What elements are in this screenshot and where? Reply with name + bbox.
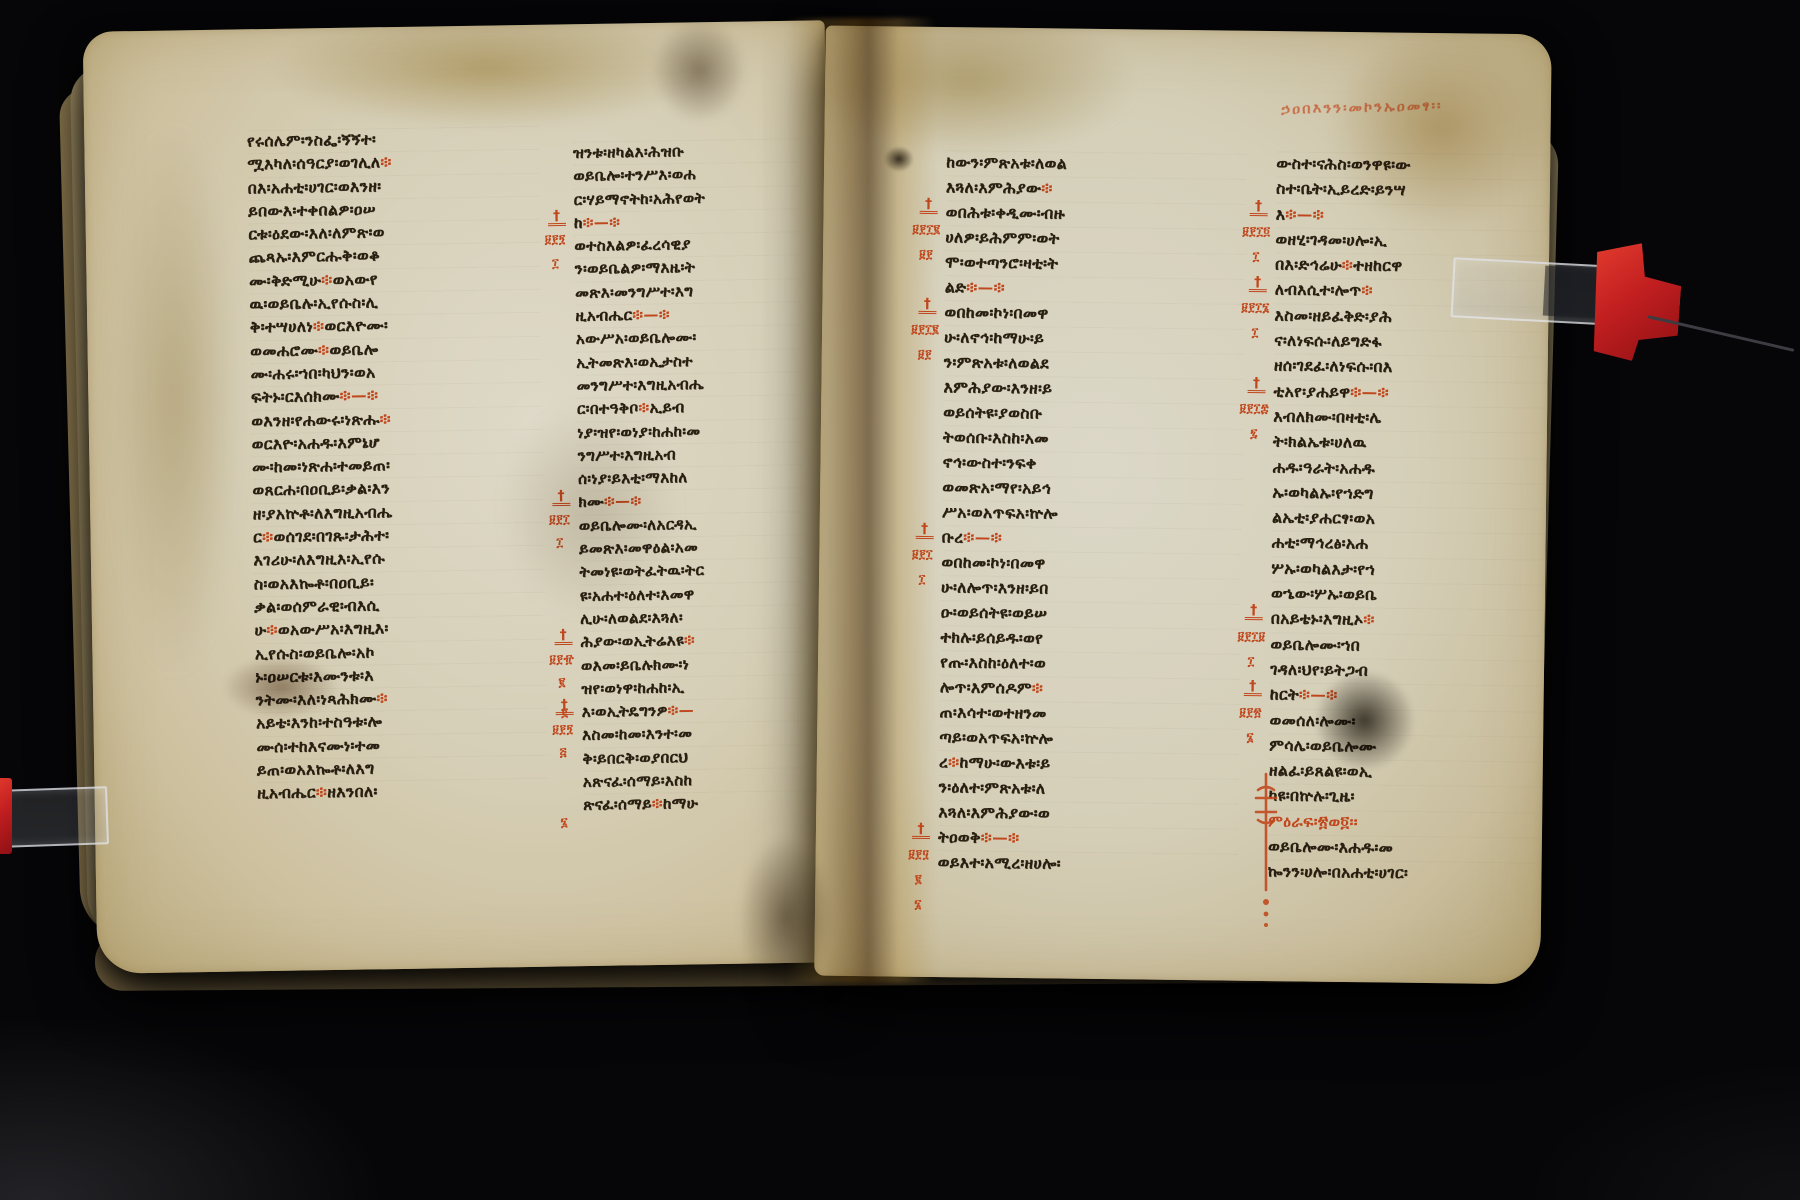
text-line: ዝየ፡ወነዋ፡ከሐከ፡ኢ	[581, 674, 806, 701]
text-line: ጠ፡እሳተ፡ወተዘንመ	[939, 700, 1239, 729]
text-line: አውሥአ፡ወይቤሎሙ፡	[576, 325, 801, 352]
section-number: ፱፻፲	[905, 547, 939, 561]
section-number: ፮	[547, 814, 581, 829]
section-number: ፲	[543, 535, 577, 550]
section-number: ፲	[1239, 249, 1273, 263]
section-number: ፲	[1234, 654, 1268, 668]
section-number: ፱፻፲፰	[1237, 401, 1271, 415]
text-line: ኡ፡ወካልኡ፡የኀድግ	[1272, 480, 1544, 509]
text-line: ሐዱ፡ዓራት፡አሐዱ	[1272, 455, 1544, 484]
text-line: ከውን፡ምጽአቱ፡ለወል	[946, 150, 1246, 179]
text-line: ወተስእልዎ፡ፈረሳዊያ	[574, 231, 799, 258]
text-line: ምሳሌ፡ወይቤሎሙ	[1269, 733, 1541, 762]
text-line: ወይቤሎሙ፡ለአርዳኢ	[579, 511, 804, 538]
text-line: መጽእ፡መንግሥተ፡እግ	[575, 278, 800, 305]
text-line: ን፡ወይቤልዎ፡ማእዜ፡ት	[575, 255, 800, 282]
text-line: ት፡ክልኤቱ፡ሀለዉ	[1273, 430, 1545, 459]
text-line: ኰንን፡ሀሎ፡በአሐቲ፡ሀገር፡	[1268, 860, 1540, 889]
text-line: ዚአብሔር፨ዘእንበለ፡	[257, 778, 549, 806]
section-number: ፱፻፲፪	[908, 322, 942, 336]
text-line: ኖኅ፡ውስተ፡ንፍቀ	[942, 450, 1242, 479]
text-line: ገዳለ፡ህየ፡ይትጋብ	[1270, 657, 1542, 686]
text-line: ኢትመጽእ፡ወኢታስተ	[576, 348, 801, 375]
text-line: ና፡ለነፍሱ፡ለይግድፋ	[1274, 328, 1546, 357]
text-line: ወእመ፡ይቤሉክሙ፡ነ	[581, 651, 806, 678]
text-line: እስመ፡ከመ፡እንተ፡መ	[582, 721, 807, 748]
section-number: ፱፻፶	[902, 847, 936, 861]
section-number: ፮	[901, 897, 935, 911]
section-number: ፱፻፺	[538, 232, 572, 247]
text-line: ን፡ምጽአቱ፡ለወልደ	[944, 350, 1244, 379]
left-page-column-1: የሩሰሌም፡ንስፌ፡ኝኝተ፡ሟእካለ፡ሰዓርያ፡ወገሊለ፨በእ፡አሐቲ፡ሀገር፡…	[247, 126, 550, 806]
text-line: ወዘሂ፡ገዳመ፡ሀሎ፡ኢ	[1275, 227, 1547, 256]
text-line: እ፡ወኢትዴግንዎ፨—	[581, 697, 806, 724]
text-line: ቅ፡ይበርቅ፡ወያበርህ	[582, 744, 807, 771]
section-number: ፲	[538, 255, 572, 270]
section-number: ፱፻፲፮	[1239, 300, 1273, 314]
cross-section-mark: †	[920, 197, 938, 214]
cross-section-mark: †	[1245, 603, 1263, 620]
text-line: ሰ፡ነያ፡ይእቲ፡ማእከለ	[578, 464, 803, 491]
section-number: ፱፻፲፬	[1239, 224, 1273, 238]
cross-section-mark: †	[1250, 199, 1268, 216]
section-number: ፱፻፲	[543, 512, 577, 527]
text-line: ወበከመ፡ኮነ፡በመዋ	[941, 550, 1241, 579]
text-line: ጽናፈ፡ሰማይ፨ከማሁ	[583, 791, 808, 818]
text-line: እ፨—፨	[1276, 202, 1548, 231]
text-line: ዘሰ፡ገደፈ፡ለነፍሱ፡በእ	[1274, 354, 1546, 383]
text-line: ወይቤሎ፡ተንሥእ፡ወሐ	[573, 162, 798, 189]
left-page-column-2: ዝንቱ፡ዘካልእ፡ሕዝቡወይቤሎ፡ተንሥእ፡ወሐር፡ሃይማኖትከ፡አሕየወትከ፨…	[573, 138, 809, 817]
section-number: ፱፻፲፱	[1234, 629, 1268, 643]
text-line: የጡ፡እስከ፡ዕለተ፡ወ	[940, 650, 1240, 679]
text-line: ሁ፡ለሎጥ፡እንዘ፡ይበ	[941, 575, 1241, 604]
text-line: ንግሥተ፡እግዚአብ	[577, 441, 802, 468]
text-line: እብለክሙ፡በዛቲ፡ሌ	[1273, 404, 1545, 433]
text-line: ውስተ፡ናሕስ፡ወንዋዩ፡ው	[1276, 151, 1548, 180]
cross-section-mark: †	[916, 522, 934, 539]
text-line: ወይቤሎሙ፡ኀበ	[1270, 632, 1542, 661]
text-line: ከርት፨—፨	[1270, 683, 1542, 712]
cross-section-mark: †	[552, 488, 570, 505]
red-clip-left	[0, 778, 12, 854]
section-number: ፭	[546, 745, 580, 760]
section-number: ፯	[1237, 426, 1271, 440]
section-number: ፪	[545, 675, 579, 690]
text-line: ሁ፡ለኖኅ፡ከማሁ፡ይ	[944, 325, 1244, 354]
text-line: ልኤቲ፡ያሐርፃ፡ወአ	[1272, 505, 1544, 534]
text-line: እጓለ፡እምሕያው፨	[946, 175, 1246, 204]
cross-section-mark: †	[1248, 376, 1266, 393]
text-line: ትዐወቅ፨—፨	[938, 825, 1238, 854]
text-line: ወይእተ፡አሚረ፡ዘሀሎ፡	[938, 850, 1238, 879]
cross-section-mark: †	[1244, 679, 1262, 696]
text-line: ካዩ፡በኵሉ፡ጊዜ፡	[1268, 784, 1540, 813]
text-line: ከ፨—፨	[574, 208, 799, 235]
text-line: ወመጽአ፡ማየ፡አይኅ	[942, 475, 1242, 504]
text-line: ሎጥ፡እምሰዶም፨	[940, 675, 1240, 704]
text-line: ሐቲ፡ማኅረፅ፡አሐ	[1272, 531, 1544, 560]
text-line: ልድ፨—፨	[945, 275, 1245, 304]
text-line: ይመጽእ፡መዋዕል፡አመ	[579, 534, 804, 561]
red-flourish-ornament-icon	[1252, 772, 1280, 936]
text-line: ቲአየ፡ያሐይዋ፨—፨	[1273, 379, 1545, 408]
text-line: ስተ፡ቤት፡ኢይረድ፡ይንሣ	[1276, 177, 1548, 206]
text-line: ሦኡ፡ወካልእታ፡የኀ	[1271, 556, 1543, 585]
section-number: ፱፻	[908, 347, 942, 361]
manuscript-photo: የሩሰሌም፡ንስፌ፡ኝኝተ፡ሟእካለ፡ሰዓርያ፡ወገሊለ፨በእ፡አሐቲ፡ሀገር፡…	[0, 0, 1800, 1200]
text-line: ወበከመ፡ኮነ፡በመዋ	[944, 300, 1244, 329]
cross-section-mark: †	[548, 209, 566, 226]
cross-section-mark: †	[912, 822, 930, 839]
text-line: ነያ፡ዝየ፡ወነያ፡ከሐከ፡መ	[577, 418, 802, 445]
text-line: ወይቤሎሙ፡እሐዱ፡መ	[1268, 834, 1540, 863]
right-page-column-1: ከውን፡ምጽአቱ፡ለወልእጓለ፡እምሕያው፨ወበሕቱ፡ቀዲሙ፡ብዙሀለዎ፡ይሕም…	[938, 150, 1247, 879]
text-line: ወኄው፡ሦኡ፡ወይቤ	[1271, 581, 1543, 610]
rubric-line: ምዕራፍ፡፳ወ፬፡፡	[1268, 809, 1540, 838]
text-line: ቡረ፨—፨	[942, 525, 1242, 554]
text-line: እጓለ፡እምሕያው፡ወ	[938, 800, 1238, 829]
text-line: ክሙ፨—፨	[578, 488, 803, 515]
acrylic-strip-left	[1, 786, 109, 848]
text-line: ወመሰለ፡ሎሙ፡	[1269, 708, 1541, 737]
text-line: አጽናፈ፡ሰማይ፡እስከ	[583, 767, 808, 794]
section-number: ፱፻፲፪	[909, 222, 943, 236]
text-line: ር፡ሃይማኖትከ፡አሕየወት	[573, 185, 798, 212]
text-line: ትወሰቡ፡እስከ፡አመ	[943, 425, 1243, 454]
text-line: ዑ፡ወይሰትዩ፡ወይሠ	[941, 600, 1241, 629]
text-line: ሥአ፡ወአጥፍአ፡ኵሎ	[942, 500, 1242, 529]
text-line: ወበሕቱ፡ቀዲሙ፡ብዙ	[946, 200, 1246, 229]
section-number: ፪	[901, 872, 935, 886]
text-line: ሊሁ፡ለወልደ፡እጓለ፡	[580, 604, 805, 631]
cross-section-mark: †	[1249, 275, 1267, 292]
cross-section-mark: †	[554, 628, 572, 645]
text-line: ሀለዎ፡ይሕምም፡ወት	[945, 225, 1245, 254]
text-line: ዩ፡አሐተ፡ዕለተ፡እመዋ	[580, 581, 805, 608]
text-line: ሕያው፡ወኢትሬእዩ፨	[580, 627, 805, 654]
section-number: ፱፻፺	[546, 721, 580, 736]
cross-section-mark: †	[918, 297, 936, 314]
text-line: ዝንቱ፡ዘካልእ፡ሕዝቡ	[573, 138, 798, 165]
text-line: ተክሉ፡ይሰይዱ፡ወየ	[940, 625, 1240, 654]
text-line: መንግሥተ፡እግዚአብሔ	[576, 371, 801, 398]
section-number: ፱፻፹	[545, 651, 579, 666]
cross-section-mark: †	[555, 698, 573, 715]
text-line: ረ፨ከማሁ፡ውእቱ፡ይ	[939, 750, 1239, 779]
section-number: ፲	[1238, 325, 1272, 339]
red-clip-right	[1588, 240, 1684, 364]
section-number: ፱፻	[909, 247, 943, 261]
section-number: ፲	[905, 572, 939, 586]
text-line: ወይሰትዩ፡ያወስቡ	[943, 400, 1243, 429]
text-line: ር፡በተዓቅቦ፨ኢይብ	[577, 395, 802, 422]
text-line: እምሕያው፡እንዘ፡ይ	[943, 375, 1243, 404]
text-line: ጣይ፡ወአጥፍአ፡ኵሎ	[939, 725, 1239, 754]
section-number: ፮	[1233, 730, 1267, 744]
text-line: ን፡ዕለተ፡ምጽአቱ፡ለ	[938, 775, 1238, 804]
text-line: ትመነዩ፡ወትፈትዉ፡ትር	[579, 558, 804, 585]
text-line: በአይቴኑ፡እግዚኦ፨	[1271, 607, 1543, 636]
text-line: ዘልፈ፡ይጸልዩ፡ወኢ	[1269, 758, 1541, 787]
text-line: ሞ፡ወተጣንሮ፡ዛቲ፡ት	[945, 250, 1245, 279]
section-number: ፱፻፳	[1234, 704, 1268, 718]
text-line: ዚአብሔር፨—፨	[575, 301, 800, 328]
